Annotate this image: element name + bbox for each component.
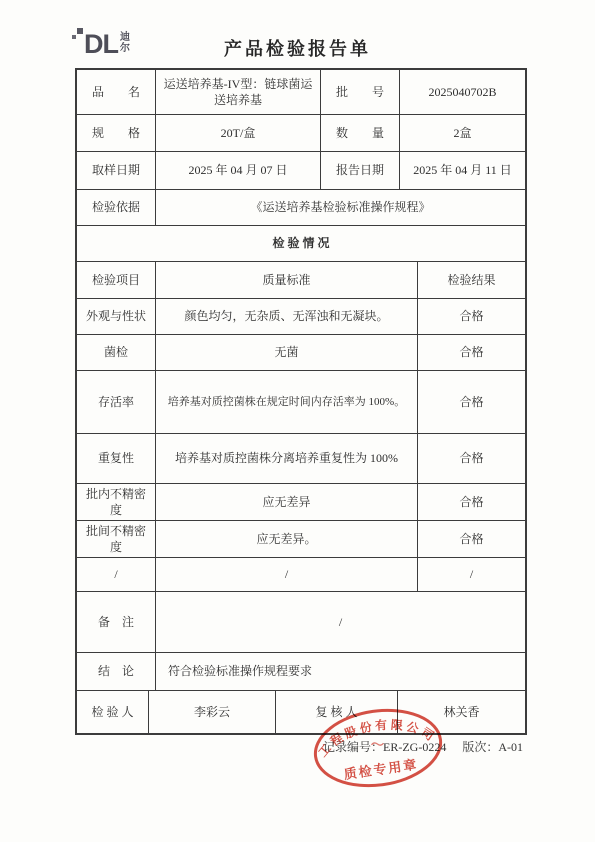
result-standard: 无菌 bbox=[155, 335, 417, 370]
result-row-survival: 存活率 培养基对质控菌株在规定时间内存活率为 100%。 合格 bbox=[77, 370, 525, 433]
result-item: 存活率 bbox=[77, 371, 155, 433]
remark-label: 备 注 bbox=[77, 592, 155, 652]
basis-value: 《运送培养基检验标准操作规程》 bbox=[155, 190, 525, 225]
batch-number-label: 批 号 bbox=[320, 70, 399, 114]
basis-label: 检验依据 bbox=[77, 190, 155, 225]
report-date-label: 报告日期 bbox=[320, 152, 399, 189]
report-page: DL 迪 尔 产品检验报告单 品 名 运送培养基-IV型：链球菌运送培养基 批 … bbox=[0, 0, 595, 842]
results-header-row: 检验项目 质量标准 检验结果 bbox=[77, 261, 525, 298]
col-header-item: 检验项目 bbox=[77, 262, 155, 298]
reviewer-name: 林关香 bbox=[397, 691, 525, 733]
result-row-sterility: 菌检 无菌 合格 bbox=[77, 334, 525, 370]
conclusion-label: 结 论 bbox=[77, 653, 155, 690]
record-info-line: 记录编号：ER-ZG-0224版次：A-01 bbox=[75, 738, 527, 755]
report-date-value: 2025 年 04 月 11 日 bbox=[399, 152, 525, 189]
result-standard: 颜色均匀，无杂质、无浑浊和无凝块。 bbox=[155, 299, 417, 334]
result-item: 批内不精密度 bbox=[77, 484, 155, 520]
col-header-standard: 质量标准 bbox=[155, 262, 417, 298]
inspector-label: 检 验 人 bbox=[77, 691, 148, 733]
result-standard: 培养基对质控菌株分离培养重复性为 100% bbox=[155, 434, 417, 483]
result-item: 重复性 bbox=[77, 434, 155, 483]
product-name-value: 运送培养基-IV型：链球菌运送培养基 bbox=[155, 70, 320, 114]
table-row: 检验依据 《运送培养基检验标准操作规程》 bbox=[77, 189, 525, 225]
result-row-inter-batch: 批间不精密度 应无差异。 合格 bbox=[77, 520, 525, 557]
conclusion-value: 符合检验标准操作规程要求 bbox=[155, 653, 525, 690]
inspector-name: 李彩云 bbox=[148, 691, 275, 733]
result-standard: / bbox=[155, 558, 417, 591]
batch-number-value: 2025040702B bbox=[399, 70, 525, 114]
page-title: 产品检验报告单 bbox=[0, 35, 595, 61]
sample-date-value: 2025 年 04 月 07 日 bbox=[155, 152, 320, 189]
table-row: 检 验 情 况 bbox=[77, 225, 525, 261]
result-item: 批间不精密度 bbox=[77, 521, 155, 557]
result-row-empty: / / / bbox=[77, 557, 525, 591]
result-row-intra-batch: 批内不精密度 应无差异 合格 bbox=[77, 483, 525, 520]
remark-row: 备 注 / bbox=[77, 591, 525, 652]
conclusion-row: 结 论 符合检验标准操作规程要求 bbox=[77, 652, 525, 690]
product-name-label: 品 名 bbox=[77, 70, 155, 114]
spec-label: 规 格 bbox=[77, 115, 155, 151]
quantity-label: 数 量 bbox=[320, 115, 399, 151]
result-value: 合格 bbox=[417, 299, 525, 334]
sample-date-label: 取样日期 bbox=[77, 152, 155, 189]
table-row: 规 格 20T/盒 数 量 2盒 bbox=[77, 114, 525, 151]
reviewer-label: 复 核 人 bbox=[275, 691, 397, 733]
report-table: 品 名 运送培养基-IV型：链球菌运送培养基 批 号 2025040702B 规… bbox=[75, 68, 527, 735]
version-number: 版次：A-01 bbox=[462, 740, 523, 754]
result-value: 合格 bbox=[417, 434, 525, 483]
result-value: 合格 bbox=[417, 371, 525, 433]
section-header-inspection: 检 验 情 况 bbox=[77, 226, 525, 261]
result-standard: 应无差异。 bbox=[155, 521, 417, 557]
record-number: 记录编号：ER-ZG-0224 bbox=[323, 740, 446, 754]
result-value: / bbox=[417, 558, 525, 591]
result-item: / bbox=[77, 558, 155, 591]
signoff-row: 检 验 人 李彩云 复 核 人 林关香 bbox=[77, 690, 525, 733]
result-value: 合格 bbox=[417, 484, 525, 520]
stamp-center-text: 质检专用章 bbox=[343, 757, 419, 782]
logo-square-large bbox=[77, 28, 83, 34]
result-row-appearance: 外观与性状 颜色均匀，无杂质、无浑浊和无凝块。 合格 bbox=[77, 298, 525, 334]
result-standard: 培养基对质控菌株在规定时间内存活率为 100%。 bbox=[155, 371, 417, 433]
remark-value: / bbox=[155, 592, 525, 652]
spec-value: 20T/盒 bbox=[155, 115, 320, 151]
result-standard: 应无差异 bbox=[155, 484, 417, 520]
result-item: 菌检 bbox=[77, 335, 155, 370]
table-row: 取样日期 2025 年 04 月 07 日 报告日期 2025 年 04 月 1… bbox=[77, 151, 525, 189]
result-value: 合格 bbox=[417, 521, 525, 557]
table-row: 品 名 运送培养基-IV型：链球菌运送培养基 批 号 2025040702B bbox=[77, 70, 525, 114]
quantity-value: 2盒 bbox=[399, 115, 525, 151]
result-value: 合格 bbox=[417, 335, 525, 370]
result-row-repeatability: 重复性 培养基对质控菌株分离培养重复性为 100% 合格 bbox=[77, 433, 525, 483]
col-header-result: 检验结果 bbox=[417, 262, 525, 298]
result-item: 外观与性状 bbox=[77, 299, 155, 334]
